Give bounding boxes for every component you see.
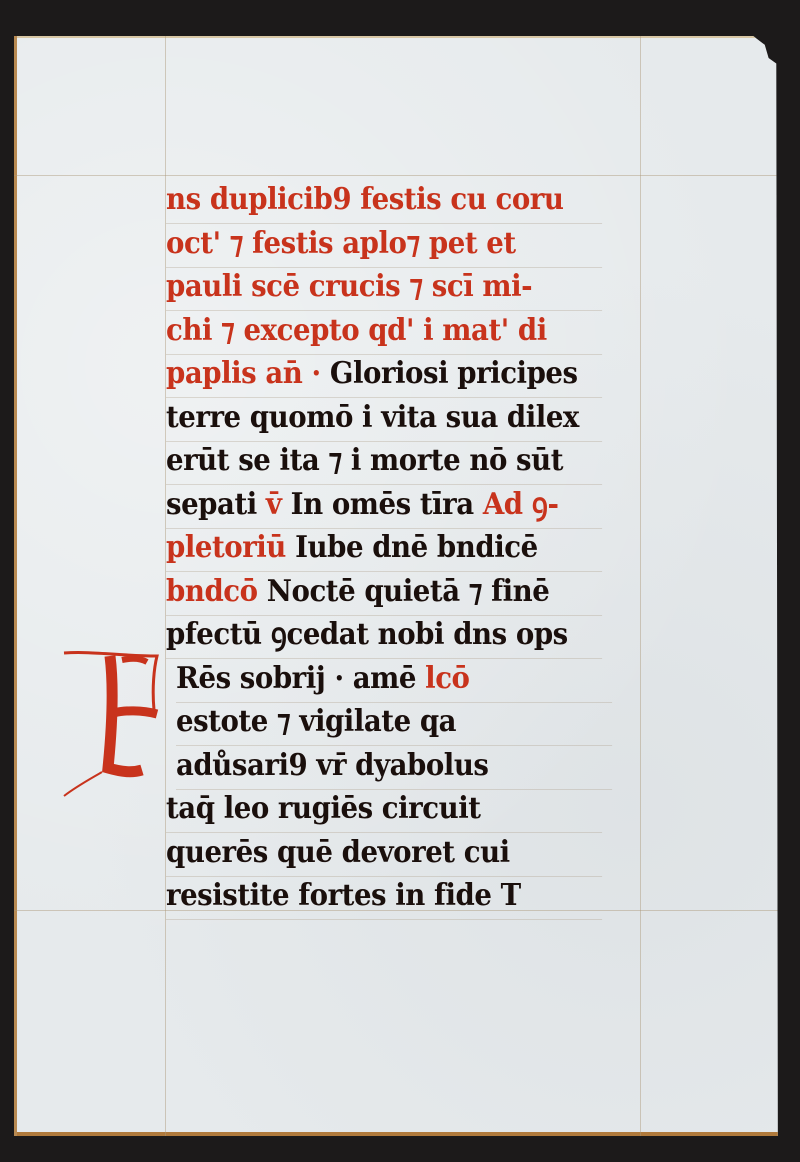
text-line: resistite fortes in fide T <box>166 872 602 920</box>
text-line: paplis an̄ · Gloriosi pricipes <box>166 350 602 398</box>
text-line: chi ⁊ excepto qd' i mat' di <box>166 307 602 355</box>
rubric-text: pauli scē crucis ⁊ scī mi- <box>166 269 532 304</box>
body-text: querēs quē devoret cui <box>166 835 510 870</box>
text-line: adůsari9 vr̄ dyabolus <box>176 742 612 790</box>
text-line: erūt se ita ⁊ i morte nō sūt <box>166 437 602 485</box>
rubric-text: pletoriū <box>166 530 295 565</box>
body-text: In omēs tīra <box>291 487 483 522</box>
text-line: pauli scē crucis ⁊ scī mi- <box>166 263 602 311</box>
text-line: estote ⁊ vigilate qa <box>176 698 612 746</box>
text-line: ns duplicib9 festis cu coru <box>166 176 602 224</box>
body-text: estote ⁊ vigilate qa <box>176 704 456 739</box>
body-text: adůsari9 vr̄ dyabolus <box>176 748 489 783</box>
text-line: pletoriū Iube dnē bndicē <box>166 524 602 572</box>
rubric-text: bndcō <box>166 574 267 609</box>
body-text: Gloriosi pricipes <box>330 356 578 391</box>
rubric-text: oct' ⁊ festis aplo⁊ pet et <box>166 226 516 261</box>
body-text: sepati <box>166 487 266 522</box>
decorated-initial-f <box>62 648 172 798</box>
body-text: Noctē quietā ⁊ finē <box>267 574 550 609</box>
body-text: erūt se ita ⁊ i morte nō sūt <box>166 443 563 478</box>
text-line: bndcō Noctē quietā ⁊ finē <box>166 568 602 616</box>
text-line: querēs quē devoret cui <box>166 829 602 877</box>
text-line: oct' ⁊ festis aplo⁊ pet et <box>166 220 602 268</box>
body-text: terre quomō i vita sua dilex <box>166 400 579 435</box>
text-line: pfectū ꝯcedat nobi dns ops <box>166 611 602 659</box>
body-text: resistite fortes in fide T <box>166 878 521 913</box>
rubric-text: Ad ꝯ- <box>483 487 559 522</box>
body-text: Iube dnē bndicē <box>295 530 538 565</box>
rubric-text: ns duplicib9 festis cu coru <box>166 182 563 217</box>
rubric-text: paplis an̄ · <box>166 356 330 391</box>
rubric-text: chi ⁊ excepto qd' i mat' di <box>166 313 547 348</box>
text-line: Rēs sobrij · amē lcō <box>176 655 612 703</box>
text-line: terre quomō i vita sua dilex <box>166 394 602 442</box>
text-line: taq̄ leo rugiēs circuit <box>166 785 602 833</box>
ruling-line-right <box>640 36 641 1136</box>
body-text: pfectū ꝯcedat nobi dns ops <box>166 617 568 652</box>
rubric-text: v̄ <box>266 487 291 522</box>
rubric-text: lcō <box>425 661 469 696</box>
body-text: taq̄ leo rugiēs circuit <box>166 791 481 826</box>
text-line: sepati v̄ In omēs tīra Ad ꝯ- <box>166 481 602 529</box>
body-text: Rēs sobrij · amē <box>176 661 425 696</box>
